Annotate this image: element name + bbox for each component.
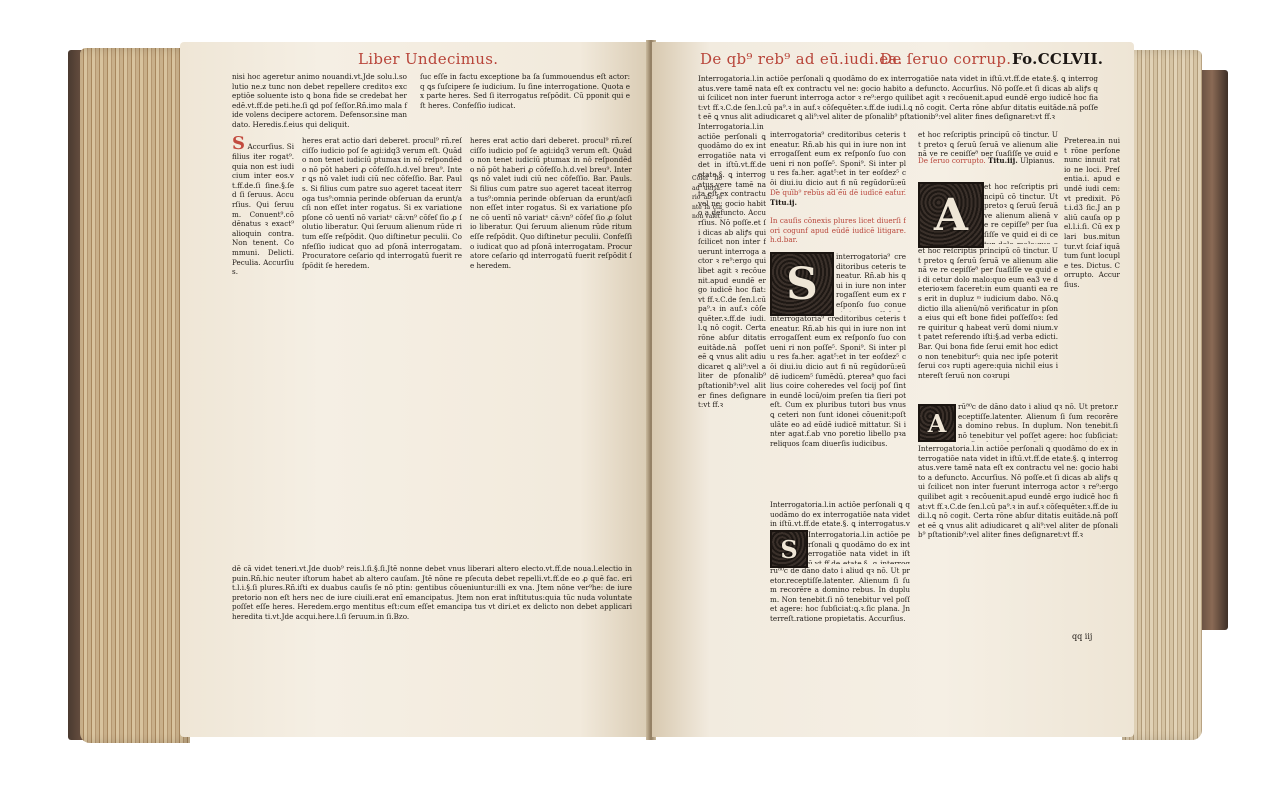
- left-main-text-col1: heres erat actio dari deberet. procul⁹ r…: [302, 136, 462, 556]
- right-main-text-col2-beside-initial: et hoc reſcriptis principū cō tinctur. U…: [984, 182, 1058, 244]
- left-page-edges: [80, 48, 190, 743]
- right-main-text-col2-top: et hoc reſcriptis principū cō tinctur. U…: [918, 130, 1058, 156]
- left-page: Liber Undecimus. nisi hoc ageretur animo…: [180, 42, 650, 737]
- right-main-text-col1-bottom: interrogatoria⁹ creditoribus ceteris ten…: [770, 314, 906, 494]
- right-main-text-col1-top: interrogatoria⁹ creditoribus ceteris ten…: [770, 130, 906, 190]
- right-outer-margin-gloss: Preterea.in nuit rōne perſone nunc innui…: [1064, 136, 1120, 436]
- left-margin-gloss: S Accurſius. Si filius iter rogat⁹.quia …: [232, 136, 294, 556]
- right-lower-gloss-col1-b: rū⁸⁰c de dāno dato i aliud qꝛ nō. Ut pre…: [770, 566, 910, 622]
- decorated-initial-a: A: [918, 182, 984, 248]
- right-lower-gloss-top: rū⁸⁰c de dāno dato i aliud qꝛ nō. Ut pre…: [958, 402, 1118, 442]
- decorated-initial-s: S: [770, 252, 834, 316]
- right-lower-gloss-beside-initial: Interrogatoria.l.in actiōe perſonali ꝗ q…: [808, 530, 910, 564]
- right-inner-gloss: Interrogatoria.l.in actiōe perſonali ꝗ q…: [698, 122, 766, 522]
- folio-number: Fo.CCLVII.: [1012, 50, 1103, 68]
- left-running-head: Liber Undecimus.: [358, 50, 498, 68]
- right-main-text-col2-bottom: et hoc reſcriptis principū cō tinctur. U…: [918, 246, 1058, 396]
- rubric-1: In cauſis cōnexis plures licet diuerſi f…: [770, 216, 906, 250]
- left-main-text-col2: heres erat actio dari deberet. procul⁹ r…: [470, 136, 632, 556]
- right-lower-gloss-col2: Interrogatoria.l.in actiōe perſonali ꝗ q…: [918, 444, 1118, 604]
- decorated-initial-a-small: A: [918, 404, 956, 442]
- right-running-head-left: De qb⁹ reb⁹ ad eū.iudi.ea.: [700, 50, 903, 68]
- left-gloss-top-b: ſuc eſſe in factu exceptione ba ſa ſummo…: [420, 72, 630, 128]
- decorated-initial-s-small: S: [770, 530, 808, 568]
- open-book: Liber Undecimus. nisi hoc ageretur animo…: [60, 40, 1230, 750]
- section-title-1: De quib⁹ rebus ad eū dē iudicē eatur. Ti…: [770, 188, 906, 207]
- signature-mark: qq iij: [1072, 632, 1092, 641]
- left-footer-gloss: dē cā videt teneri.vt.Jde duob⁹ reis.l.ſ…: [232, 564, 632, 624]
- left-gloss-top-a: nisi hoc ageretur animo nouandi.vt.Jde s…: [232, 72, 407, 130]
- right-running-head-right: De ſeruo corrup.: [880, 50, 1011, 68]
- right-lower-gloss-col1-a: Interrogatoria.l.in actiōe perſonali ꝗ q…: [770, 500, 910, 530]
- right-page-edges: [1122, 50, 1202, 740]
- right-main-text-col1-beside-initial: interrogatoria⁹ creditoribus ceteris ten…: [836, 252, 906, 312]
- section-title-2: De ſeruo corrupto. Titu.iij. Ulpianus.: [918, 156, 1058, 166]
- right-page: De qb⁹ reb⁹ ad eū.iudi.ea. De ſeruo corr…: [652, 42, 1134, 737]
